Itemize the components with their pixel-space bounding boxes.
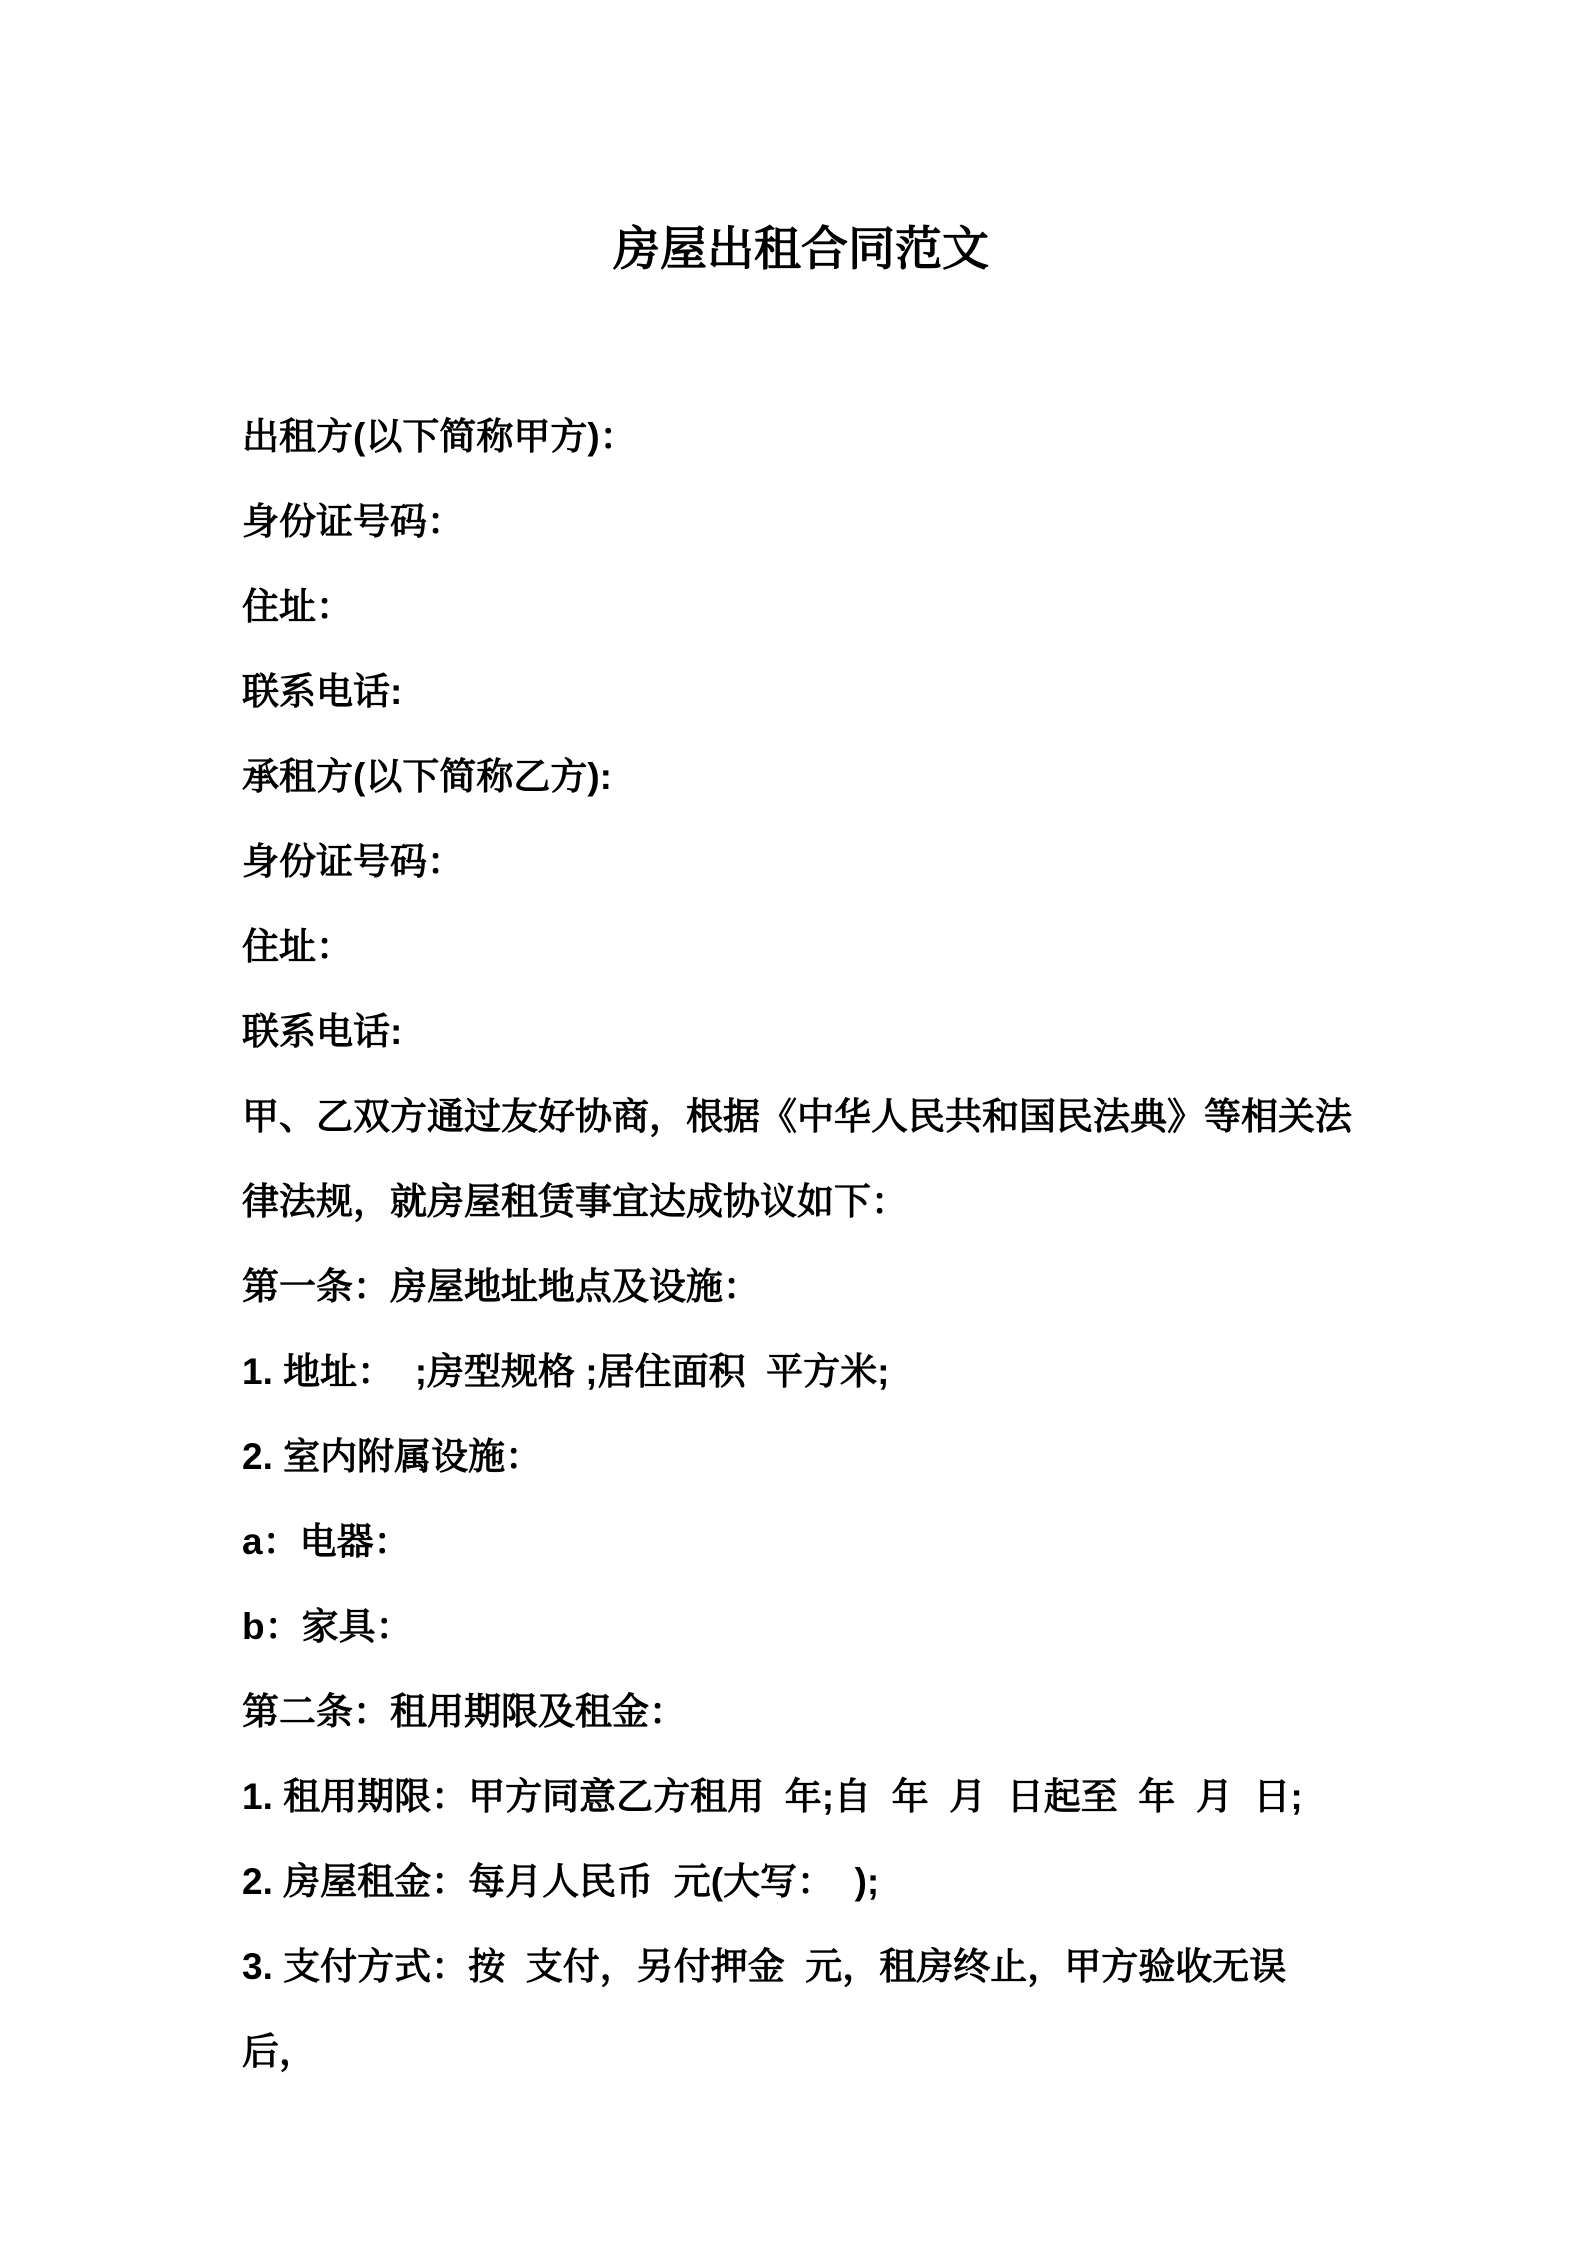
article-1-item-2-facilities: 2. 室内附属设施： [242, 1414, 1360, 1499]
preamble-paragraph: 甲、乙双方通过友好协商，根据《中华人民共和国民法典》等相关法律法规，就房屋租赁事… [242, 1074, 1360, 1244]
lessor-phone-line: 联系电话: [242, 649, 1360, 734]
lessee-line: 承租方(以下简称乙方): [242, 734, 1360, 819]
article-2-item-3-payment: 3. 支付方式：按 支付，另付押金 元，租房终止，甲方验收无误后， [242, 1924, 1360, 2094]
article-1-item-1-address: 1. 地址： ;房型规格 ;居住面积 平方米; [242, 1329, 1360, 1414]
lessee-phone-line: 联系电话: [242, 989, 1360, 1074]
article-1-heading: 第一条：房屋地址地点及设施： [242, 1244, 1360, 1329]
article-2-item-1-term: 1. 租用期限：甲方同意乙方租用 年;自 年 月 日起至 年 月 日; [242, 1754, 1360, 1839]
document-body: 出租方(以下简称甲方)： 身份证号码： 住址： 联系电话: 承租方(以下简称乙方… [242, 394, 1360, 2094]
lessor-address-line: 住址： [242, 564, 1360, 649]
lessor-line: 出租方(以下简称甲方)： [242, 394, 1360, 479]
article-2-heading: 第二条：租用期限及租金： [242, 1669, 1360, 1754]
article-1-item-2a-appliances: a：电器： [242, 1499, 1360, 1584]
contract-document-page: 房屋出租合同范文 出租方(以下简称甲方)： 身份证号码： 住址： 联系电话: 承… [0, 0, 1586, 2244]
lessee-id-line: 身份证号码： [242, 819, 1360, 904]
article-2-item-2-rent: 2. 房屋租金：每月人民币 元(大写： ); [242, 1839, 1360, 1924]
lessee-address-line: 住址： [242, 904, 1360, 989]
article-1-item-2b-furniture: b：家具： [242, 1584, 1360, 1669]
document-title: 房屋出租合同范文 [242, 206, 1360, 291]
lessor-id-line: 身份证号码： [242, 479, 1360, 564]
